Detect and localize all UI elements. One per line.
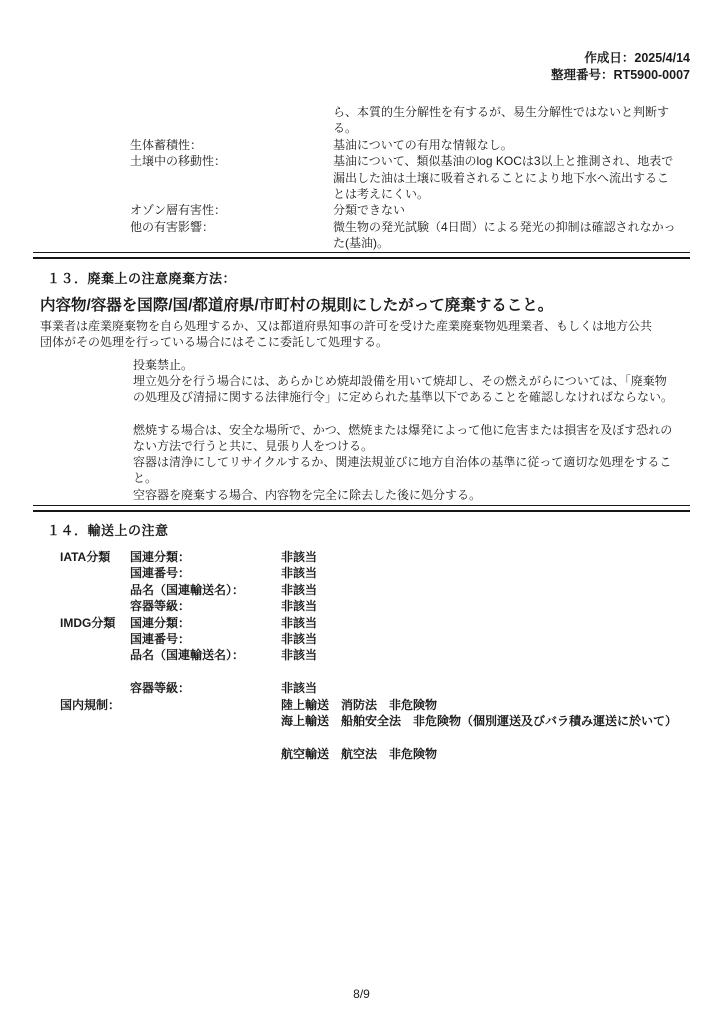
eco-label: 土壌中の移動性： (130, 153, 333, 202)
transport-row-spacer (60, 729, 703, 745)
transport-value: 非該当 (281, 582, 703, 598)
transport-group (60, 647, 130, 663)
ecological-info-block: ら、本質的生分解性を有するが、易生分解性ではないと判断す る。 生体蓄積性： 基… (130, 104, 693, 252)
transport-label (130, 746, 281, 762)
disposal-details-paragraph: 投棄禁止。 埋立処分を行う場合には、あらかじめ焼却設備を用いて焼却し、その燃えが… (133, 357, 693, 503)
transport-label: 国連分類： (130, 615, 281, 631)
transport-value: 非該当 (281, 680, 703, 696)
transport-label: 品名（国連輸送名）： (130, 582, 281, 598)
transport-row: 国連番号： 非該当 (60, 565, 703, 581)
transport-label (130, 729, 281, 745)
transport-label: 容器等級： (130, 598, 281, 614)
eco-value: 基油についての有用な情報なし。 (333, 137, 693, 153)
transport-value: 非該当 (281, 598, 703, 614)
eco-row: ら、本質的生分解性を有するが、易生分解性ではないと判断す る。 (130, 104, 693, 137)
page-number: 8/9 (0, 987, 723, 1001)
transport-group (60, 729, 130, 745)
eco-value: 分類できない (333, 202, 693, 218)
eco-label: 他の有害影響： (130, 219, 333, 252)
transport-value: 非該当 (281, 615, 703, 631)
transport-label: 国連分類： (130, 549, 281, 565)
transport-group: IMDG分類 (60, 615, 130, 631)
section-13-title: １３．廃棄上の注意廃棄方法： (47, 268, 236, 287)
transport-label: 容器等級： (130, 680, 281, 696)
created-date: 作成日：2025/4/14 (551, 50, 690, 67)
transport-row: 品名（国連輸送名）： 非該当 (60, 647, 703, 663)
transport-group (60, 746, 130, 762)
transport-value: 航空輸送 航空法 非危険物 (281, 746, 703, 762)
eco-label: オゾン層有害性： (130, 202, 333, 218)
transport-group (60, 713, 130, 729)
transport-group (60, 631, 130, 647)
transport-label (130, 713, 281, 729)
section-14-title: １４．輸送上の注意 (47, 520, 169, 539)
transport-row: 国連番号： 非該当 (60, 631, 703, 647)
transport-group: IATA分類 (60, 549, 130, 565)
transport-group (60, 582, 130, 598)
transport-group (60, 664, 130, 680)
transport-row: 容器等級： 非該当 (60, 680, 703, 696)
transport-row: 品名（国連輸送名）： 非該当 (60, 582, 703, 598)
transport-value: 海上輸送 船舶安全法 非危険物（個別運送及びバラ積み運送に於いて） (281, 713, 703, 729)
disposal-lead-statement: 内容物/容器を国際/国/都道府県/市町村の規則にしたがって廃棄すること。 (40, 293, 698, 315)
eco-row: 土壌中の移動性： 基油について、類似基油のlog KOCは3以上と推測され、地表… (130, 153, 693, 202)
transport-label: 国連番号： (130, 631, 281, 647)
eco-value: ら、本質的生分解性を有するが、易生分解性ではないと判断す る。 (333, 104, 693, 137)
transport-row: 国内規制： 陸上輸送 消防法 非危険物 (60, 697, 703, 713)
transport-row-spacer (60, 664, 703, 680)
transport-row: 航空輸送 航空法 非危険物 (60, 746, 703, 762)
transport-group (60, 680, 130, 696)
transport-value (281, 729, 703, 745)
transport-row: 容器等級： 非該当 (60, 598, 703, 614)
transport-value: 非該当 (281, 647, 703, 663)
eco-row: オゾン層有害性： 分類できない (130, 202, 693, 218)
document-header: 作成日：2025/4/14 整理番号：RT5900-0007 (551, 50, 690, 84)
transport-label (130, 664, 281, 680)
transport-group (60, 565, 130, 581)
section-divider (33, 505, 690, 512)
transport-value: 非該当 (281, 565, 703, 581)
eco-row: 生体蓄積性： 基油についての有用な情報なし。 (130, 137, 693, 153)
eco-label (130, 104, 333, 137)
transport-value (281, 664, 703, 680)
transport-row: IATA分類 国連分類： 非該当 (60, 549, 703, 565)
transport-label: 品名（国連輸送名）： (130, 647, 281, 663)
eco-value: 微生物の発光試験（4日間）による発光の抑制は確認されなかっ た(基油)。 (333, 219, 693, 252)
eco-row: 他の有害影響： 微生物の発光試験（4日間）による発光の抑制は確認されなかっ た(… (130, 219, 693, 252)
section-divider (33, 252, 690, 259)
transport-label (130, 697, 281, 713)
eco-label: 生体蓄積性： (130, 137, 333, 153)
transport-value: 陸上輸送 消防法 非危険物 (281, 697, 703, 713)
sds-document-page: 作成日：2025/4/14 整理番号：RT5900-0007 ら、本質的生分解性… (0, 0, 723, 1024)
transport-group: 国内規制： (60, 697, 130, 713)
transport-row: 海上輸送 船舶安全法 非危険物（個別運送及びバラ積み運送に於いて） (60, 713, 703, 729)
transport-label: 国連番号： (130, 565, 281, 581)
transport-value: 非該当 (281, 549, 703, 565)
transport-group (60, 598, 130, 614)
transport-table: IATA分類 国連分類： 非該当 国連番号： 非該当 品名（国連輸送名）： 非該… (60, 549, 703, 762)
transport-row: IMDG分類 国連分類： 非該当 (60, 615, 703, 631)
document-number: 整理番号：RT5900-0007 (551, 67, 690, 84)
disposal-intro-paragraph: 事業者は産業廃棄物を自ら処理するか、又は都道府県知事の許可を受けた産業廃棄物処理… (40, 318, 695, 351)
eco-value: 基油について、類似基油のlog KOCは3以上と推測され、地表で 漏出した油は土… (333, 153, 693, 202)
transport-value: 非該当 (281, 631, 703, 647)
